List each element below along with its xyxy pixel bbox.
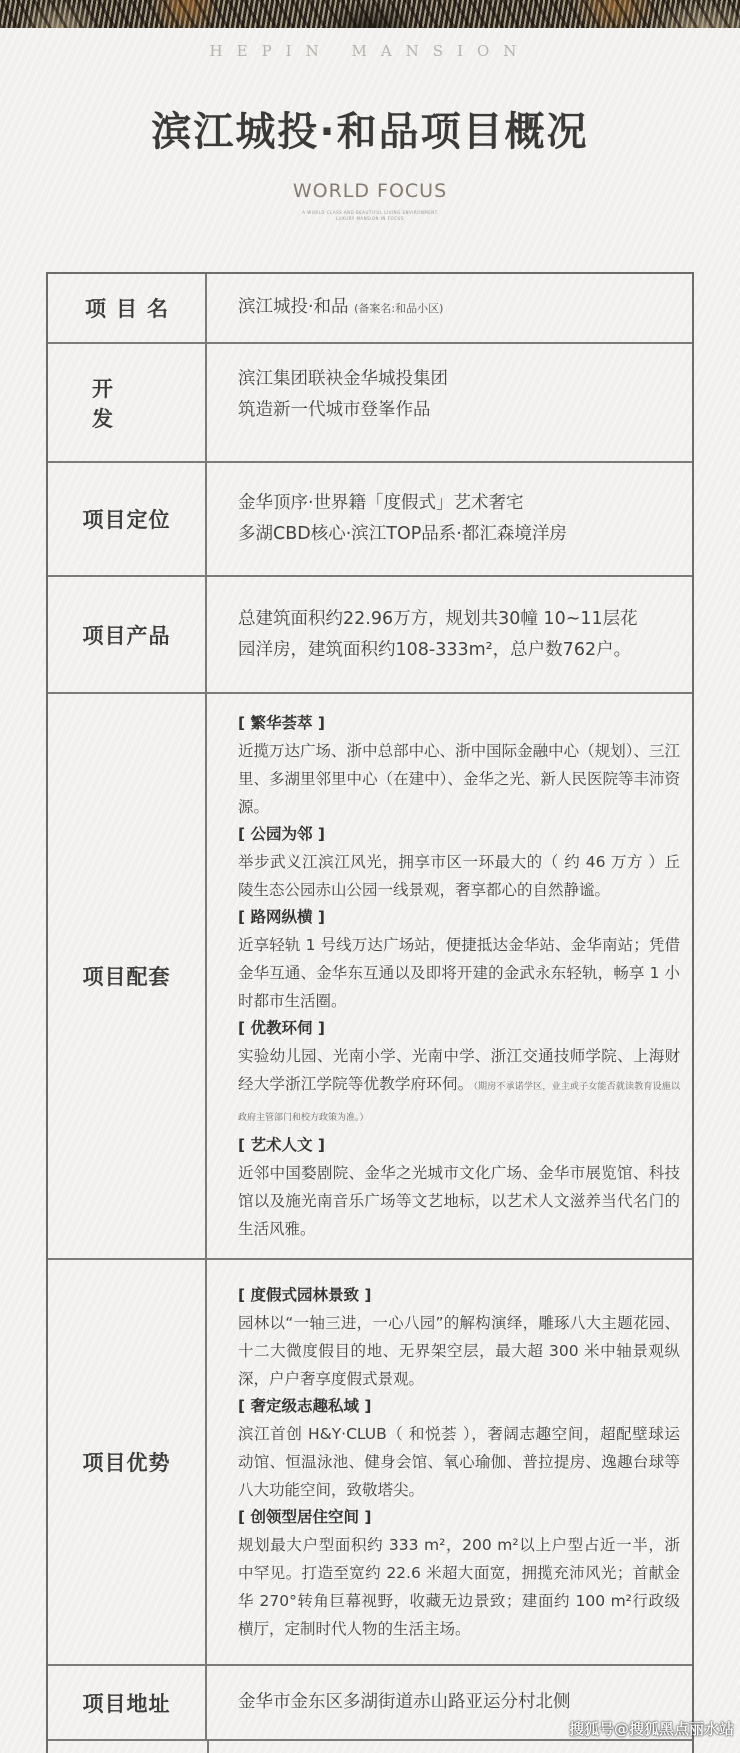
project-name-value: 滨江城投·和品 (备案名:和品小区) (238, 292, 680, 324)
amenity-section: [ 路网纵横 ] 近享轻轨 1 号线万达广场站，便捷抵达金华站、金华南站；凭借金… (238, 904, 680, 1015)
table-row-product: 项目产品 总建筑面积约22.96万方，规划共30幢 10~11层花 园洋房，建筑… (48, 577, 692, 694)
section-heading: [ 繁华荟萃 ] (238, 710, 680, 737)
amenity-section: [ 艺术人文 ] 近邻中国婺剧院、金华之光城市文化广场、金华市展览馆、科技馆以及… (238, 1132, 680, 1243)
row-label: 项目地址 (48, 1666, 207, 1739)
content-line: 筑造新一代城市登峯作品 (238, 395, 680, 426)
row-label: 开发 (48, 344, 207, 461)
row-label: 项目名 (48, 274, 207, 342)
section-heading: [ 公园为邻 ] (238, 821, 680, 848)
brand-line: HEPIN MANSION (0, 42, 740, 60)
column-divider (207, 1739, 209, 1753)
section-heading: [ 优教环伺 ] (238, 1015, 680, 1042)
row-label: 项目定位 (48, 463, 207, 575)
amenity-section: [ 繁华荟萃 ] 近揽万达广场、浙中总部中心、浙中国际金融中心（规划）、三江里、… (238, 710, 680, 821)
content-line: 总建筑面积约22.96万方，规划共30幢 10~11层花 (238, 604, 680, 635)
row-content: [ 度假式园林景致 ] 园林以“一轴三进，一心八园”的解构演绎，雕琢八大主题花园… (207, 1260, 692, 1664)
row-label: 项目优势 (48, 1260, 207, 1664)
page-title: 滨江城投·和品项目概况 (0, 100, 740, 157)
content-line: 滨江集团联袂金华城投集团 (238, 364, 680, 395)
world-focus-logo: WORLD FOCUS (0, 180, 740, 202)
section-heading: [ 创领型居住空间 ] (238, 1504, 680, 1531)
advantage-section: [ 奢定级志趣私域 ] 滨江首创 H&Y·CLUB（ 和悦荟 ），奢阔志趣空间，… (238, 1393, 680, 1504)
section-heading: [ 艺术人文 ] (238, 1132, 680, 1159)
section-body: 近享轻轨 1 号线万达广场站，便捷抵达金华站、金华南站；凭借金华互通、金华东互通… (238, 931, 680, 1015)
logo-tagline-line-2: LUXURY MANSION IN FOCUS (0, 216, 740, 222)
amenity-section: [ 公园为邻 ] 举步武义江滨江风光，拥享市区一环最大的（ 约 46 万方 ）丘… (238, 821, 680, 904)
table-row-positioning: 项目定位 金华顶序·世界籍「度假式」艺术奢宅 多湖CBD核心·滨江TOP品系·都… (48, 463, 692, 577)
section-body: 规划最大户型面积约 333 m²，200 m²以上户型占近一半，浙中罕见。打造至… (238, 1531, 680, 1643)
content-line: 园洋房，建筑面积约108-333m²，总户数762户。 (238, 635, 680, 666)
section-body: 滨江首创 H&Y·CLUB（ 和悦荟 ），奢阔志趣空间，超配壁球运动馆、恒温泳池… (238, 1420, 680, 1504)
content-line: 多湖CBD核心·滨江TOP品系·都汇森境洋房 (238, 519, 680, 550)
palm-leaf-pattern-banner (0, 0, 740, 28)
content-line: 金华顶序·世界籍「度假式」艺术奢宅 (238, 488, 680, 519)
logo-tagline: A WORLD CLASS AND BEAUTIFUL LIVING ENVIR… (0, 210, 740, 222)
table-row-project-name: 项目名 滨江城投·和品 (备案名:和品小区) (48, 274, 692, 344)
table-row-developer: 开发 滨江集团联袂金华城投集团 筑造新一代城市登峯作品 (48, 344, 692, 463)
row-content: 滨江城投·和品 (备案名:和品小区) (207, 274, 692, 342)
row-content: [ 繁华荟萃 ] 近揽万达广场、浙中总部中心、浙中国际金融中心（规划）、三江里、… (207, 694, 692, 1258)
section-body: 近揽万达广场、浙中总部中心、浙中国际金融中心（规划）、三江里、多湖里邻里中心（在… (238, 737, 680, 821)
project-name-main: 滨江城投·和品 (238, 297, 349, 317)
row-label: 项目产品 (48, 577, 207, 692)
table-row-amenities: 项目配套 [ 繁华荟萃 ] 近揽万达广场、浙中总部中心、浙中国际金融中心（规划）… (48, 694, 692, 1260)
sohu-watermark: 搜狐号@搜狐黑点丽水站 (569, 1718, 734, 1739)
section-heading: [ 度假式园林景致 ] (238, 1282, 680, 1309)
section-heading: [ 路网纵横 ] (238, 904, 680, 931)
address-value: 金华市金东区多湖街道赤山路亚运分村北侧 (238, 1687, 680, 1718)
row-content: 滨江集团联袂金华城投集团 筑造新一代城市登峯作品 (207, 344, 692, 461)
row-label: 项目配套 (48, 694, 207, 1258)
project-overview-table: 项目名 滨江城投·和品 (备案名:和品小区) 开发 滨江集团联袂金华城投集团 筑… (46, 272, 694, 1741)
table-row-advantages: 项目优势 [ 度假式园林景致 ] 园林以“一轴三进，一心八园”的解构演绎，雕琢八… (48, 1260, 692, 1666)
project-name-registered-note: (备案名:和品小区) (354, 302, 443, 315)
table-continuation (46, 1739, 694, 1753)
section-body: 实验幼儿园、光南小学、光南中学、浙江交通技师学院、上海财经大学浙江学院等优教学府… (238, 1042, 680, 1132)
amenity-section: [ 优教环伺 ] 实验幼儿园、光南小学、光南中学、浙江交通技师学院、上海财经大学… (238, 1015, 680, 1132)
row-content: 金华顶序·世界籍「度假式」艺术奢宅 多湖CBD核心·滨江TOP品系·都汇森境洋房 (207, 463, 692, 575)
section-body: 近邻中国婺剧院、金华之光城市文化广场、金华市展览馆、科技馆以及施光南音乐广场等文… (238, 1159, 680, 1243)
row-content: 总建筑面积约22.96万方，规划共30幢 10~11层花 园洋房，建筑面积约10… (207, 577, 692, 692)
section-body: 举步武义江滨江风光，拥享市区一环最大的（ 约 46 万方 ）丘陵生态公园赤山公园… (238, 848, 680, 904)
advantage-section: [ 创领型居住空间 ] 规划最大户型面积约 333 m²，200 m²以上户型占… (238, 1504, 680, 1643)
section-body: 园林以“一轴三进，一心八园”的解构演绎，雕琢八大主题花园、十二大微度假目的地、无… (238, 1309, 680, 1393)
advantage-section: [ 度假式园林景致 ] 园林以“一轴三进，一心八园”的解构演绎，雕琢八大主题花园… (238, 1282, 680, 1393)
section-heading: [ 奢定级志趣私域 ] (238, 1393, 680, 1420)
